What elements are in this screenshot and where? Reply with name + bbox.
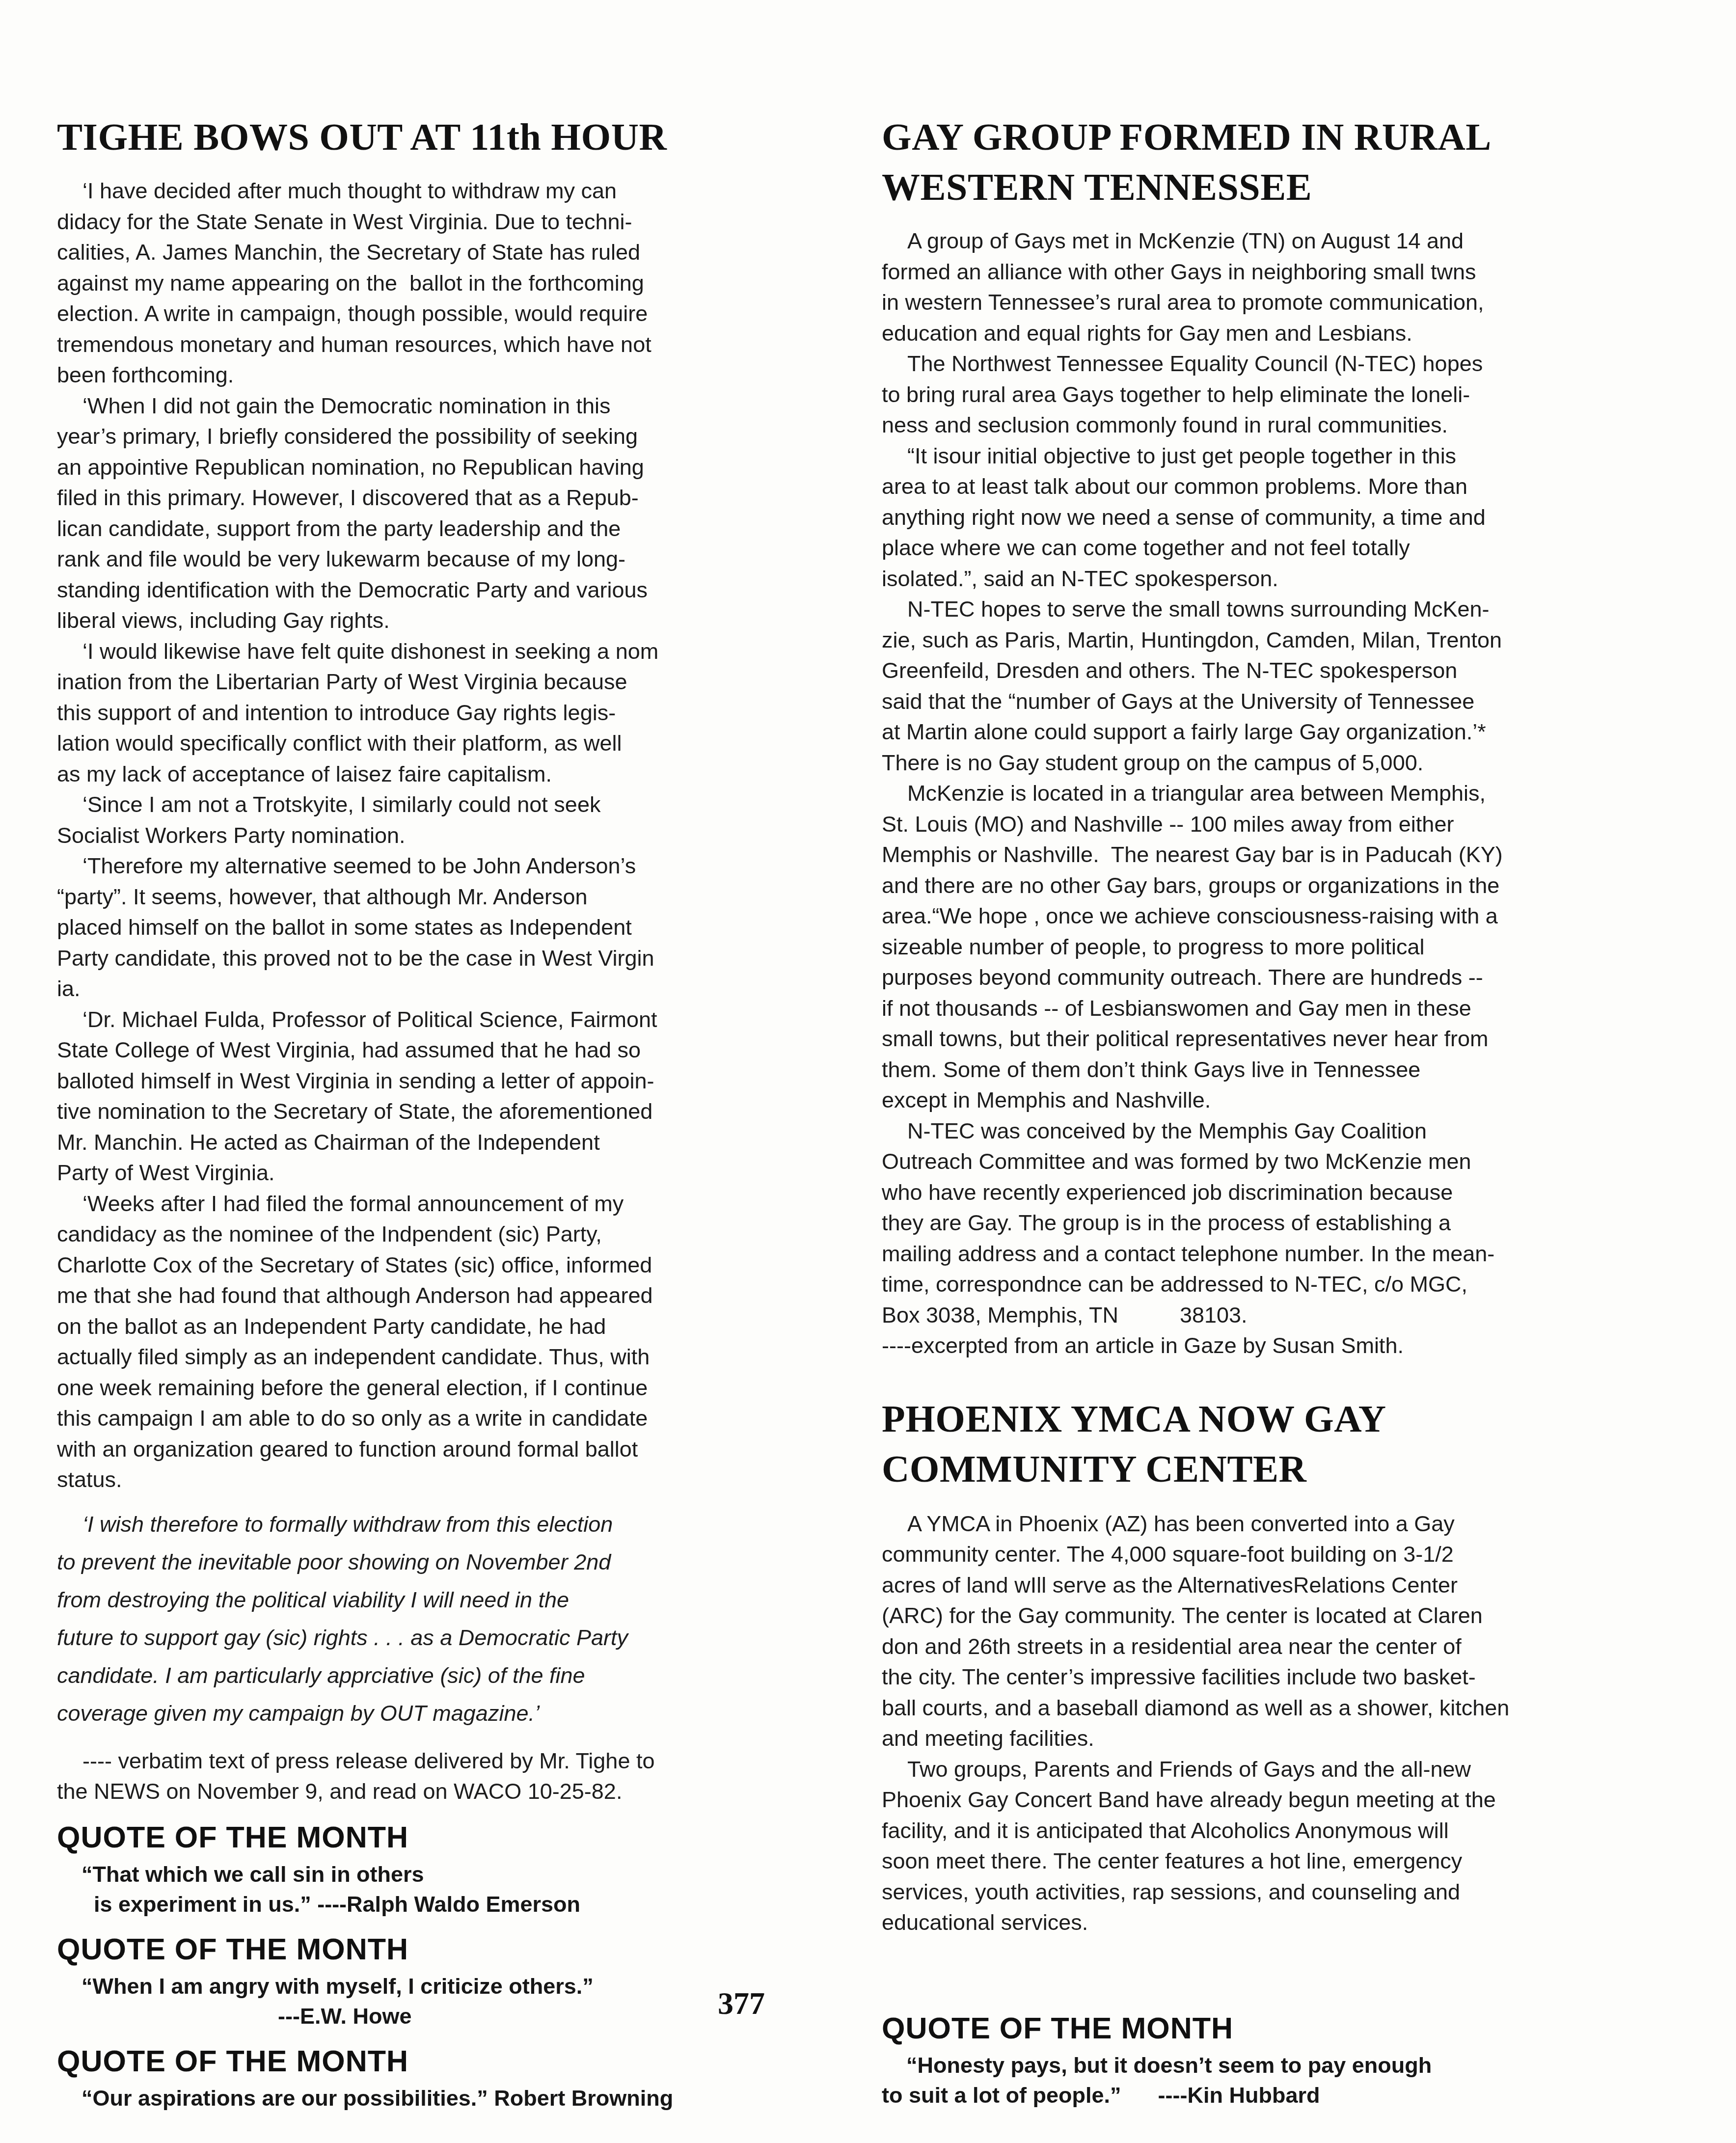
paragraph: ‘Weeks after I had filed the formal anno… [57,1189,809,1495]
paragraph: ‘I have decided after much thought to wi… [57,176,809,391]
quote-of-the-month-heading: QUOTE OF THE MONTH [57,2045,809,2077]
press-release-quote: ‘I wish therefore to formally withdraw f… [57,1505,809,1732]
left-column: TIGHE BOWS OUT AT 11th HOUR ‘I have deci… [57,112,809,2113]
paragraph: “It isour initial objective to just get … [882,441,1640,595]
paragraph: ‘I would likewise have felt quite dishon… [57,636,809,790]
quote-of-the-month-heading: QUOTE OF THE MONTH [57,1821,809,1853]
quote-of-the-month-heading: QUOTE OF THE MONTH [57,1933,809,1965]
title-line: GAY GROUP FORMED IN RURAL [882,112,1640,162]
article-title-tighe: TIGHE BOWS OUT AT 11th HOUR [57,112,809,162]
title-line: COMMUNITY CENTER [882,1444,1640,1494]
quote-text: “Our aspirations are our possibilities.”… [57,2083,809,2113]
paragraph: N-TEC hopes to serve the small towns sur… [882,594,1640,778]
attribution-note: ---- verbatim text of press release deli… [57,1746,809,1807]
right-column: GAY GROUP FORMED IN RURAL WESTERN TENNES… [882,112,1640,2110]
quote-of-the-month-heading: QUOTE OF THE MONTH [882,2012,1640,2044]
page-number: 377 [718,1985,765,2022]
title-line: PHOENIX YMCA NOW GAY [882,1394,1640,1444]
paragraph: ‘When I did not gain the Democratic nomi… [57,391,809,636]
paragraph: A group of Gays met in McKenzie (TN) on … [882,226,1640,349]
paragraph: ‘Since I am not a Trotskyite, I similarl… [57,789,809,851]
attribution-note: ----excerpted from an article in Gaze by… [882,1330,1640,1361]
quote-text: “When I am angry with myself, I criticiz… [57,1971,809,2031]
two-column-layout: TIGHE BOWS OUT AT 11th HOUR ‘I have deci… [0,0,1736,2113]
paragraph: Two groups, Parents and Friends of Gays … [882,1754,1640,1938]
article-title-tennessee: GAY GROUP FORMED IN RURAL WESTERN TENNES… [882,112,1640,212]
paragraph: ‘Dr. Michael Fulda, Professor of Politic… [57,1004,809,1189]
newsletter-page: TIGHE BOWS OUT AT 11th HOUR ‘I have deci… [0,0,1736,2143]
paragraph: A YMCA in Phoenix (AZ) has been converte… [882,1509,1640,1754]
article-title-phoenix: PHOENIX YMCA NOW GAY COMMUNITY CENTER [882,1394,1640,1494]
paragraph: ‘Therefore my alternative seemed to be J… [57,851,809,1004]
paragraph: McKenzie is located in a triangular area… [882,778,1640,1116]
quote-text: “That which we call sin in others is exp… [57,1859,809,1919]
paragraph: The Northwest Tennessee Equality Council… [882,349,1640,441]
quote-text: “Honesty pays, but it doesn’t seem to pa… [882,2050,1640,2110]
paragraph: N-TEC was conceived by the Memphis Gay C… [882,1116,1640,1331]
title-line: WESTERN TENNESSEE [882,162,1640,212]
